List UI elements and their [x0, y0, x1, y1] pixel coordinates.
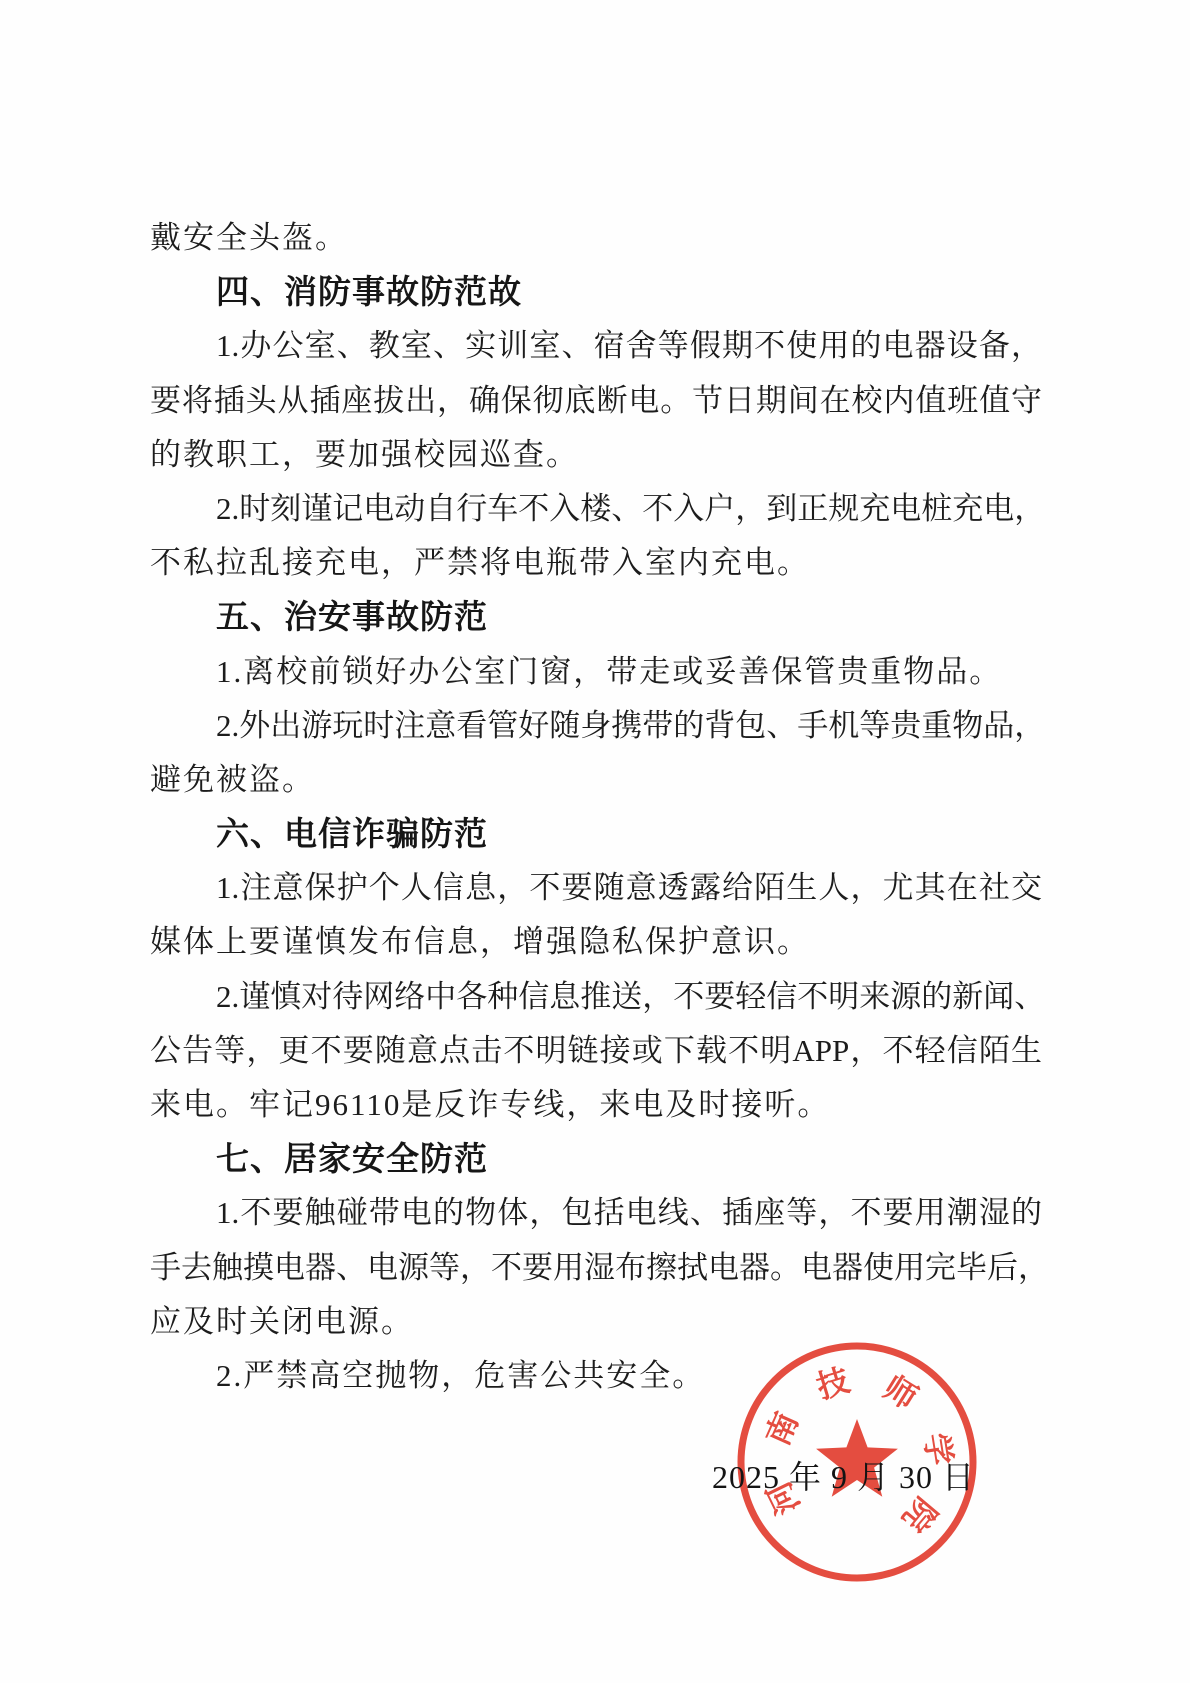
- text-line: 来电。牢记96110是反诈专线，来电及时接听。: [150, 1078, 1042, 1132]
- text-line: 避免被盗。: [150, 753, 1042, 807]
- text-line: 2.外出游玩时注意看管好随身携带的背包、手机等贵重物品，: [150, 699, 1042, 753]
- text-line: 2.时刻谨记电动自行车不入楼、不入户，到正规充电桩充电，: [150, 482, 1042, 536]
- text-line: 不私拉乱接充电，严禁将电瓶带入室内充电。: [150, 536, 1042, 590]
- text-line: 1.不要触碰带电的物体，包括电线、插座等，不要用潮湿的: [150, 1186, 1042, 1240]
- document-date: 2025 年 9 月 30 日: [712, 1455, 975, 1499]
- text-line: 的教职工，要加强校园巡查。: [150, 428, 1042, 482]
- text-line: 要将插头从插座拔出，确保彻底断电。节日期间在校内值班值守: [150, 374, 1042, 428]
- section-heading: 四、消防事故防范故: [150, 265, 1042, 319]
- text-line: 2.谨慎对待网络中各种信息推送，不要轻信不明来源的新闻、: [150, 970, 1042, 1024]
- text-line: 手去触摸电器、电源等，不要用湿布擦拭电器。电器使用完毕后，: [150, 1241, 1042, 1295]
- text-line: 公告等，更不要随意点击不明链接或下载不明APP，不轻信陌生: [150, 1024, 1042, 1078]
- document-page: 戴安全头盔。四、消防事故防范故1.办公室、教室、实训室、宿舍等假期不使用的电器设…: [0, 0, 1190, 1683]
- text-line: 1.注意保护个人信息，不要随意透露给陌生人，尤其在社交: [150, 861, 1042, 915]
- text-line: 媒体上要谨慎发布信息，增强隐私保护意识。: [150, 915, 1042, 969]
- section-heading: 六、电信诈骗防范: [150, 807, 1042, 861]
- text-line: 戴安全头盔。: [150, 211, 1042, 265]
- seal-char: 师: [877, 1369, 923, 1416]
- section-heading: 七、居家安全防范: [150, 1132, 1042, 1186]
- text-block: 戴安全头盔。四、消防事故防范故1.办公室、教室、实训室、宿舍等假期不使用的电器设…: [150, 211, 1042, 1403]
- section-heading: 五、治安事故防范: [150, 590, 1042, 644]
- seal-char: 南: [759, 1407, 805, 1451]
- seal-char: 技: [812, 1362, 853, 1406]
- text-line: 1.离校前锁好办公室门窗，带走或妥善保管贵重物品。: [150, 645, 1042, 699]
- text-line: 1.办公室、教室、实训室、宿舍等假期不使用的电器设备，: [150, 319, 1042, 373]
